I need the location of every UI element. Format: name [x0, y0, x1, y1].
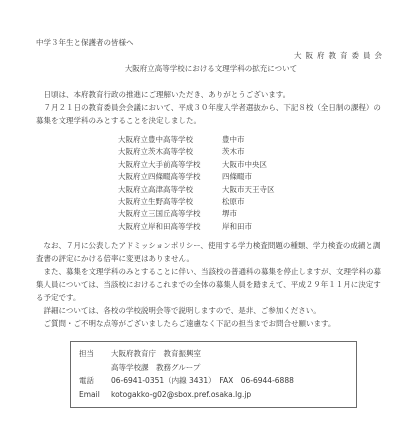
contact-department: 大阪府教育庁 教育振興室 — [111, 347, 348, 361]
contact-row: Email kotogakko-g02@sbox.pref.osaka.lg.j… — [79, 388, 348, 402]
school-row: 大阪府立豊中高等学校 豊中市 — [118, 134, 386, 146]
contact-label: 電話 — [79, 374, 111, 388]
paragraph-inquiry: ご質問・ご不明な点等がございましたらご遠慮なく下記の担当までお問合せ願います。 — [36, 317, 386, 330]
contact-row: 高等学校課 教務グループ — [79, 361, 348, 375]
school-city: 大阪市中央区 — [222, 159, 386, 171]
contact-row: 電話 06-6941-0351（内線 3431） FAX 06-6944-688… — [79, 374, 348, 388]
school-row: 大阪府立高津高等学校 大阪市天王寺区 — [118, 184, 386, 196]
paragraph-greeting: 日頃は、本府教育行政の推進にご理解いただき、ありがとうございます。 — [36, 88, 386, 101]
school-city: 岸和田市 — [222, 221, 386, 233]
contact-label: Email — [79, 388, 111, 402]
school-name: 大阪府立豊中高等学校 — [118, 134, 222, 146]
school-name: 大阪府立四條畷高等学校 — [118, 171, 222, 183]
addressee-line: 中学３年生と保護者の皆様へ — [36, 36, 386, 49]
paragraph-recruitment: また、募集を文理学科のみとすることに伴い、当該校の普通科の募集を停止しますが、文… — [36, 265, 386, 304]
school-city: 松原市 — [222, 196, 386, 208]
contact-label — [79, 361, 111, 375]
school-row: 大阪府立三国丘高等学校 堺市 — [118, 208, 386, 220]
school-row: 大阪府立生野高等学校 松原市 — [118, 196, 386, 208]
school-list: 大阪府立豊中高等学校 豊中市 大阪府立茨木高等学校 茨木市 大阪府立大手前高等学… — [118, 134, 386, 233]
school-row: 大阪府立大手前高等学校 大阪市中央区 — [118, 159, 386, 171]
paragraph-decision: ７月２１日の教育委員会会議において、平成３０年度入学者選抜から、下記８校（全日制… — [36, 101, 386, 127]
school-name: 大阪府立岸和田高等学校 — [118, 221, 222, 233]
school-name: 大阪府立三国丘高等学校 — [118, 208, 222, 220]
sender-name: 大阪府教育委員会 — [36, 49, 386, 62]
document-page: 中学３年生と保護者の皆様へ 大阪府教育委員会 大阪府立高等学校における文理学科の… — [0, 0, 420, 429]
contact-section: 高等学校課 教務グループ — [111, 361, 348, 375]
contact-label: 担当 — [79, 347, 111, 361]
school-row: 大阪府立茨木高等学校 茨木市 — [118, 146, 386, 158]
contact-phone-fax: 06-6941-0351（内線 3431） FAX 06-6944-6888 — [111, 374, 348, 388]
school-city: 茨木市 — [222, 146, 386, 158]
contact-box: 担当 大阪府教育庁 教育振興室 高等学校課 教務グループ 電話 06-6941-… — [70, 341, 357, 408]
contact-email: kotogakko-g02@sbox.pref.osaka.lg.jp — [111, 388, 348, 402]
school-city: 四條畷市 — [222, 171, 386, 183]
school-city: 大阪市天王寺区 — [222, 184, 386, 196]
school-city: 豊中市 — [222, 134, 386, 146]
document-content: 中学３年生と保護者の皆様へ 大阪府教育委員会 大阪府立高等学校における文理学科の… — [0, 0, 420, 408]
school-name: 大阪府立高津高等学校 — [118, 184, 222, 196]
school-city: 堺市 — [222, 208, 386, 220]
school-name: 大阪府立生野高等学校 — [118, 196, 222, 208]
paragraph-policy: なお、７月に公表したアドミッションポリシー、使用する学力検査問題の種類、学力検査… — [36, 239, 386, 265]
school-row: 大阪府立岸和田高等学校 岸和田市 — [118, 221, 386, 233]
school-row: 大阪府立四條畷高等学校 四條畷市 — [118, 171, 386, 183]
document-title: 大阪府立高等学校における文理学科の拡充について — [36, 62, 386, 75]
contact-row: 担当 大阪府教育庁 教育振興室 — [79, 347, 348, 361]
paragraph-details: 詳細については、各校の学校説明会等で説明しますので、是非、ご参加ください。 — [36, 304, 386, 317]
school-name: 大阪府立茨木高等学校 — [118, 146, 222, 158]
school-name: 大阪府立大手前高等学校 — [118, 159, 222, 171]
